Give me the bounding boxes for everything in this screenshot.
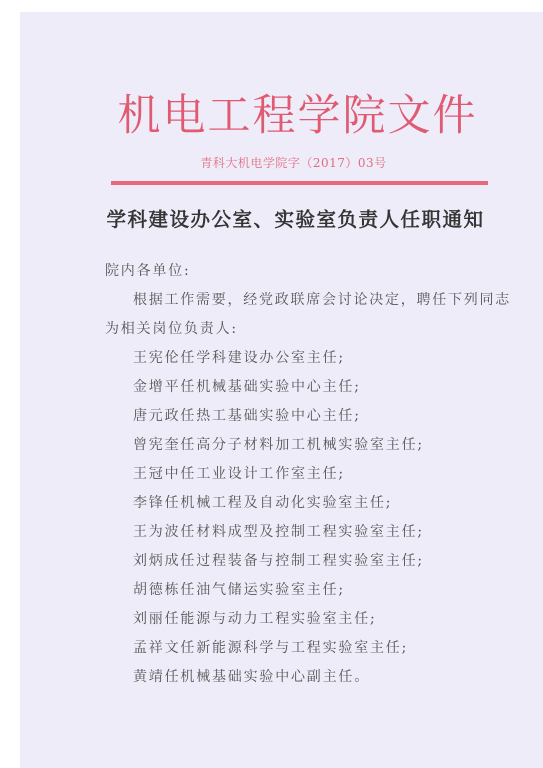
notice-heading: 学科建设办公室、实验室负责人任职通知 (0, 206, 543, 234)
appointment-item: 曾宪奎任高分子材料加工机械实验室主任; (133, 435, 424, 464)
appointment-list: 王宪伦任学科建设办公室主任; 金增平任机械基础实验中心主任; 唐元政任热工基础实… (133, 348, 424, 696)
org-title: 机电工程学院文件 (0, 90, 543, 142)
appointment-item: 孟祥文任新能源科学与工程实验室主任; (133, 638, 424, 667)
appointment-item: 唐元政任热工基础实验中心主任; (133, 406, 424, 435)
body-paragraph-line-1: 根据工作需要，经党政联席会讨论决定，聘任下列同志 (133, 290, 511, 310)
appointment-item: 王为波任材料成型及控制工程实验室主任; (133, 522, 424, 551)
appointment-item: 黄靖任机械基础实验中心副主任。 (133, 667, 424, 696)
appointment-item: 刘丽任能源与动力工程实验室主任; (133, 609, 424, 638)
appointment-item: 王宪伦任学科建设办公室主任; (133, 348, 424, 377)
appointment-item: 刘炳成任过程装备与控制工程实验室主任; (133, 551, 424, 580)
appointment-item: 王冠中任工业设计工作室主任; (133, 464, 424, 493)
body-paragraph-line-2: 为相关岗位负责人: (105, 319, 238, 339)
salutation: 院内各单位: (105, 261, 191, 281)
appointment-item: 胡德栋任油气储运实验室主任; (133, 580, 424, 609)
appointment-item: 金增平任机械基础实验中心主任; (133, 377, 424, 406)
document-number: 青科大机电学院字（2017）03号 (0, 154, 543, 172)
red-divider-rule (111, 181, 488, 185)
appointment-item: 李锋任机械工程及自动化实验室主任; (133, 493, 424, 522)
